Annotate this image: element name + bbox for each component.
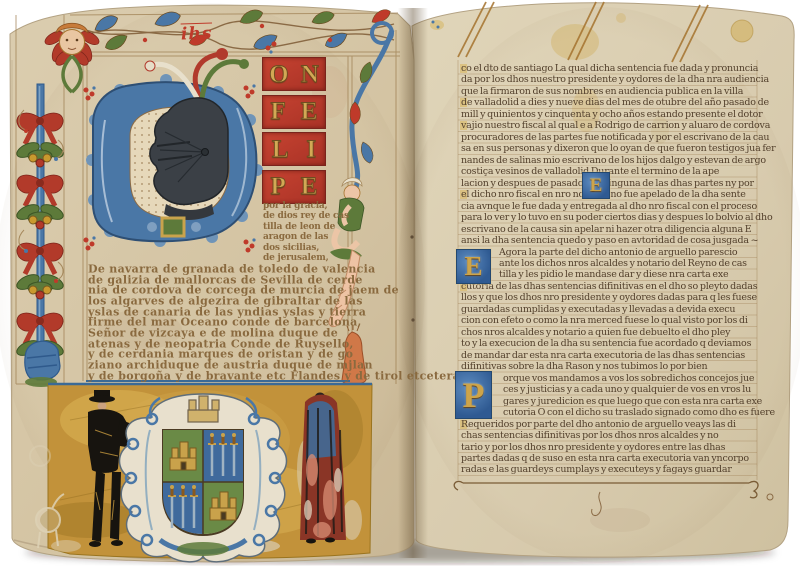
text-line: ante los dichos nros alcaldes y notario … <box>499 258 747 269</box>
text-line: ansi la dha sentencia quedo y paso en av… <box>461 235 758 246</box>
text-line: orque vos mandamos a vos los sobredichos… <box>503 373 754 384</box>
text-line: de dios rey de cas <box>263 211 349 221</box>
text-line: de valladolid a dies y nueve dias del me… <box>461 97 769 108</box>
text-line: tario y por los dhos nro presidente y oy… <box>461 442 725 453</box>
text-line: cia avnque le fue dada y entregada al dh… <box>461 201 757 212</box>
text-line: procuradores de las partes fue notificad… <box>461 132 769 143</box>
illuminated-initial: E <box>582 172 610 199</box>
text-line: difinitivas sobre la dha Rason y nos tub… <box>461 361 707 372</box>
text-line: y de borgoña y de bravante etc Flandes y… <box>88 369 460 383</box>
text-line: to y la execucion de la dha su sentencia… <box>461 338 751 349</box>
text-line: nandes de salinas mio escrivano de los h… <box>461 155 766 166</box>
text-line: Agora la parte del dicho antonio de argu… <box>499 247 737 258</box>
text-line: por la gracia, <box>263 201 328 211</box>
text-line: para lo ver y lo tuvo en su poder cierto… <box>461 212 772 223</box>
text-line: sa en sus personas y dixeron que lo oyan… <box>461 143 775 154</box>
text-line: que la firmaron de sus nombres en audien… <box>461 86 743 97</box>
text-line: de mandar dar esta nra carta executoria … <box>461 350 745 361</box>
name-panel-row: PE <box>262 170 326 204</box>
text-line: aragon de las <box>263 232 328 242</box>
text-line: cutoria de las dhas sentencias difinitiv… <box>461 281 757 292</box>
text-line: chas sentencias difinitivas por los dhos… <box>461 430 719 441</box>
text-line: cutoria O con el dicho su traslado signa… <box>503 407 775 418</box>
name-panel-row: ON <box>262 57 326 91</box>
text-line: dos sicilias, <box>263 243 319 253</box>
text-line: da por los dhos nuestro presidente y oyd… <box>461 74 769 85</box>
text-line: chos nros alcaldes y notario a quien fue… <box>461 327 730 338</box>
text-line: tilla y les pidio le mandase dar y diese… <box>499 269 728 280</box>
illuminated-initial: E <box>456 249 491 284</box>
text-line: mill y quinientos y cinquenta y ocho año… <box>461 109 762 120</box>
text-line: ces y justicias y a cada uno y qualquier… <box>503 384 751 395</box>
text-line: guardadas cumplidas y executadas y lleva… <box>461 304 735 315</box>
ihs-monogram: ihs <box>181 23 213 44</box>
text-line: llos y que los dhos nro presidente y oyd… <box>461 292 757 303</box>
text-line: radas e las guardeys cumplays y executey… <box>461 464 732 475</box>
manuscript-photo: ihs ONFELIPE por la gracia,de dios rey d… <box>0 0 800 566</box>
text-line: Requeridos por parte del dho antonio de … <box>461 419 736 430</box>
royal-name-panels: ONFELIPE <box>262 57 326 207</box>
text-line: cion con efeto o como la nra merced fues… <box>461 315 748 326</box>
illuminated-initial: P <box>455 371 492 419</box>
name-panel-row: FE <box>262 95 326 129</box>
text-line: co el dto de santiago La qual dicha sent… <box>461 63 758 74</box>
text-layer: ihs ONFELIPE por la gracia,de dios rey d… <box>0 0 800 566</box>
text-line: tilla de leon de <box>263 222 335 232</box>
name-panel-row: LI <box>262 132 326 166</box>
text-line: escrivano de la causa sin apelar ni haze… <box>461 224 751 235</box>
text-line: vajio nuestro fiscal al qual e a Rodrigo… <box>461 120 770 131</box>
text-line: gares y juredicion es que luego que con … <box>503 396 762 407</box>
text-line: partes dadas q de suso en esta nra carta… <box>461 453 749 464</box>
